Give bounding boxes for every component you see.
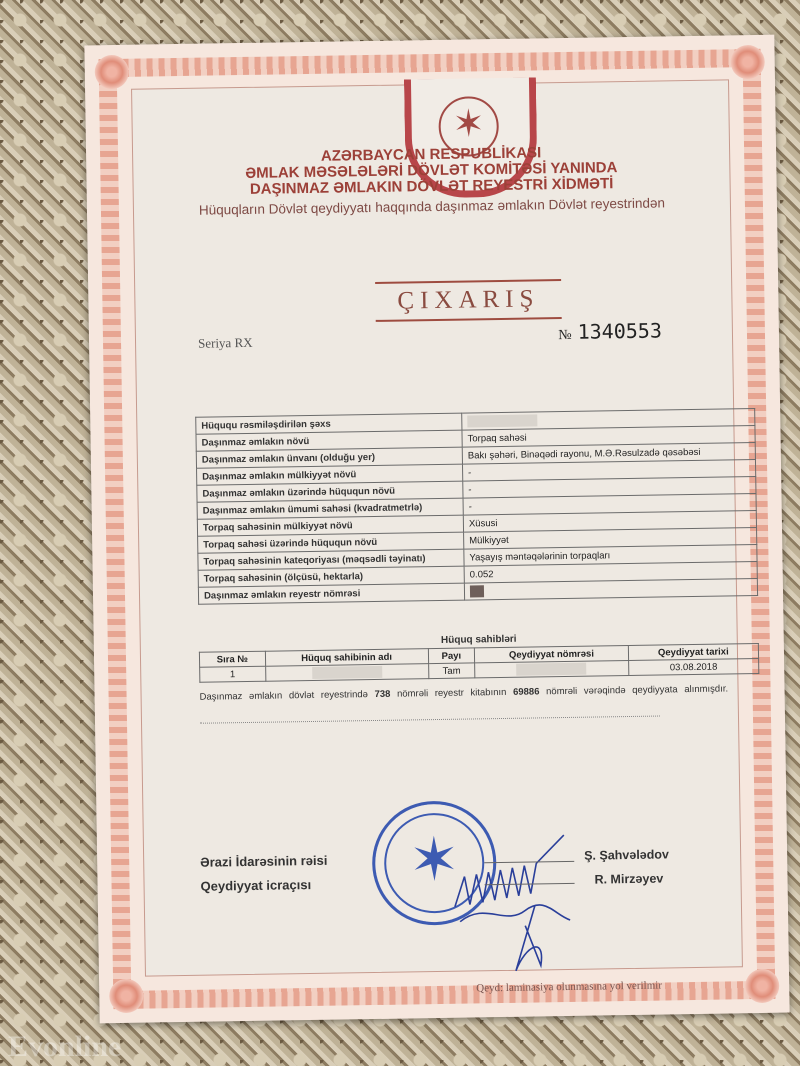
property-info-table: Hüququ rəsmiləşdirilən şəxsDaşınmaz əmla… bbox=[195, 408, 758, 605]
corner-rosette-icon bbox=[730, 45, 765, 80]
redacted-block bbox=[517, 663, 587, 676]
number-symbol: № bbox=[558, 328, 572, 343]
owner-name bbox=[265, 664, 428, 682]
registration-statement: Daşınmaz əmlakın dövlət reyestrində 738 … bbox=[200, 682, 760, 704]
signatory-role-2: Qeydiyyat icraçısı bbox=[200, 877, 311, 894]
redacted-block bbox=[470, 585, 484, 597]
lamination-note: Qeyd: laminasiya olunmasına yol verilmir bbox=[476, 980, 662, 995]
owner-index: 1 bbox=[200, 666, 266, 682]
registry-book-number: 738 bbox=[374, 689, 390, 700]
certificate-paper: AZƏRBAYCAN RESPUBLİKASI ƏMLAK MƏSƏLƏLƏRİ… bbox=[84, 35, 789, 1024]
signatory-role-1: Ərazi İdarəsinin rəisi bbox=[200, 853, 327, 870]
document-body: AZƏRBAYCAN RESPUBLİKASI ƏMLAK MƏSƏLƏLƏRİ… bbox=[131, 79, 743, 976]
registry-page-number: 69886 bbox=[513, 686, 540, 697]
owners-table: Sıra №Hüquq sahibinin adıPayıQeydiyyat n… bbox=[199, 643, 759, 683]
corner-rosette-icon bbox=[95, 55, 130, 90]
field-value bbox=[464, 578, 757, 600]
field-label: Daşınmaz əmlakın reyestr nömrəsi bbox=[198, 583, 464, 604]
corner-rosette-icon bbox=[745, 969, 780, 1004]
owner-reg-date: 03.08.2018 bbox=[628, 658, 759, 675]
series-label: Seriya RX bbox=[198, 335, 253, 352]
signature-icon bbox=[444, 825, 596, 977]
owner-reg-number bbox=[475, 661, 629, 678]
corner-rosette-icon bbox=[109, 979, 144, 1014]
column-header: Payı bbox=[428, 648, 475, 664]
document-number: №1340553 bbox=[558, 318, 662, 344]
redacted-block bbox=[467, 414, 537, 427]
redacted-block bbox=[312, 666, 382, 679]
number-value: 1340553 bbox=[577, 318, 662, 343]
signatory-name-1: Ş. Şahvələdov bbox=[584, 847, 669, 862]
watermark: Evonline bbox=[8, 1030, 121, 1064]
dotted-divider bbox=[200, 716, 660, 724]
signatory-name-2: R. Mirzəyev bbox=[594, 871, 663, 886]
column-header: Sıra № bbox=[199, 651, 265, 667]
document-title: ÇIXARIŞ bbox=[375, 279, 562, 322]
owner-share: Tam bbox=[428, 663, 475, 679]
